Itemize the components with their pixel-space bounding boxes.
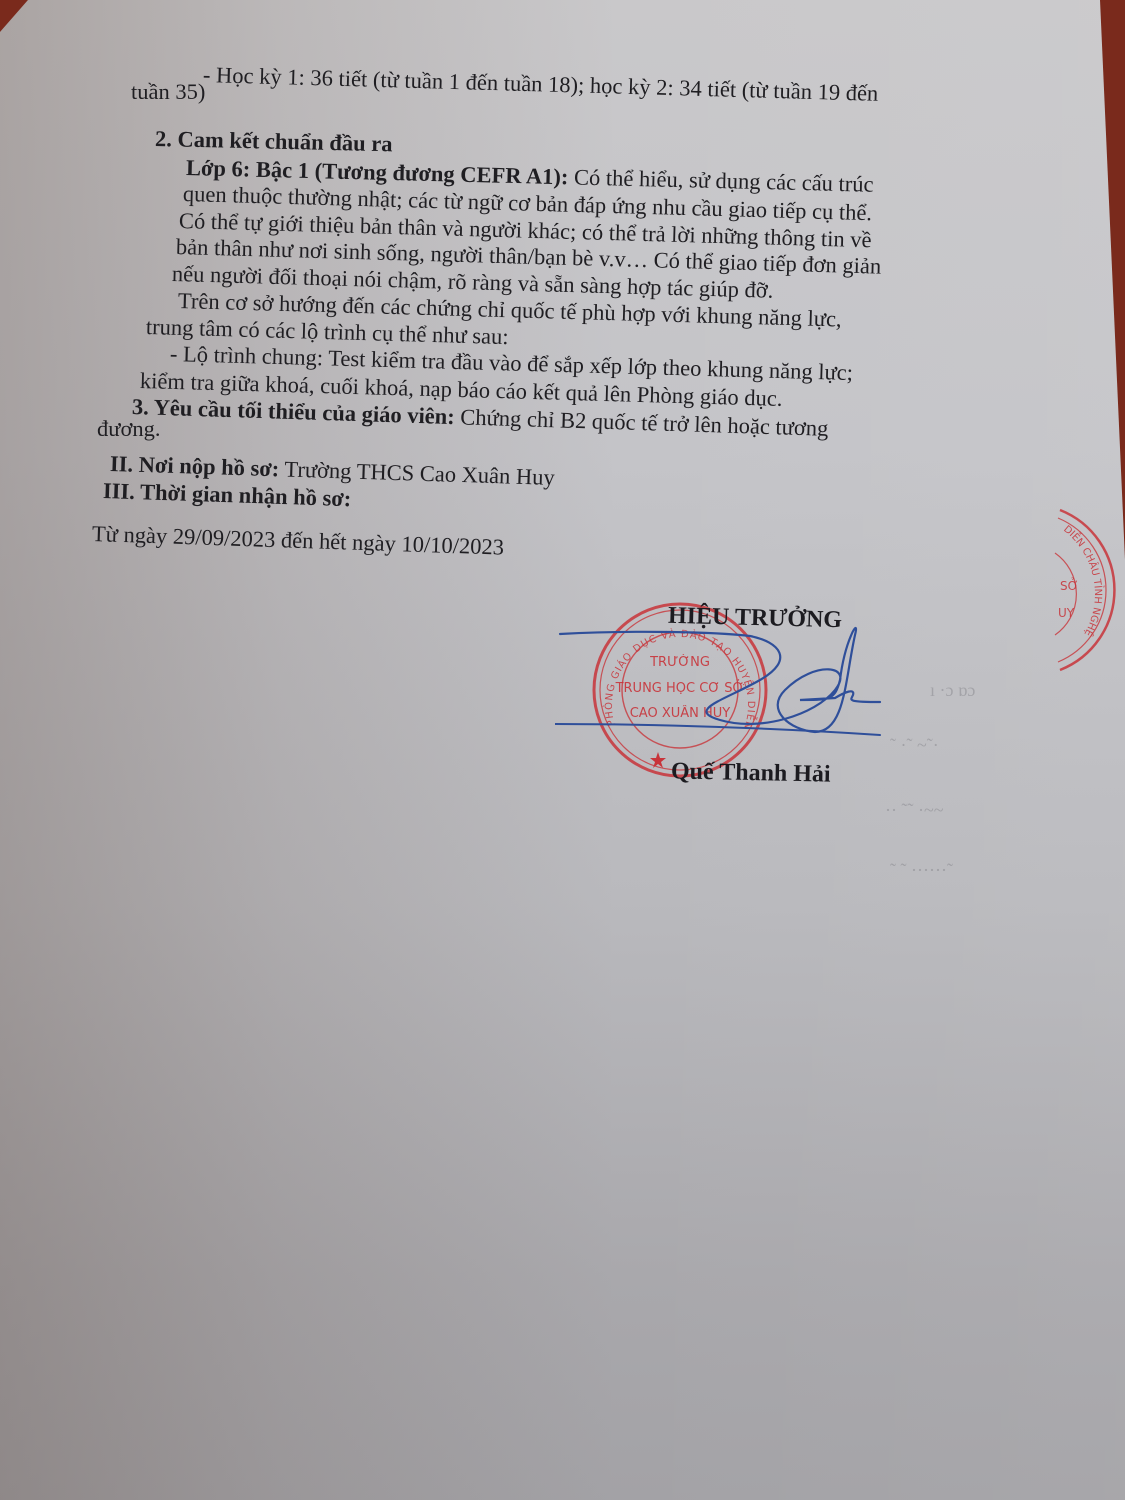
partial-stamp-inner: SỞ [1060, 577, 1079, 593]
bleed-through-text: ˜ ·˜ ~˜· [890, 735, 939, 756]
signatory-name: Quế Thanh Hải [671, 758, 831, 788]
partial-stamp: DIỄN CHÂU TỈNH NGHỆ SỞ UY [1030, 505, 1125, 675]
handwritten-signature [555, 620, 885, 750]
bleed-through-text: ı ·ɔ ɒɔ [930, 680, 975, 701]
section-heading-2: 2. Cam kết chuẩn đầu ra [155, 128, 393, 156]
bleed-through-text: ·· ˜˜ ·~~ [885, 800, 943, 821]
bleed-through-text: ˜ ˜ ······˜ [890, 860, 953, 881]
requirement-line-cont: đương. [97, 418, 160, 441]
semester-line-cont: tuần 35) [131, 81, 205, 104]
partial-stamp-inner: UY [1058, 606, 1075, 620]
section-heading-ii: II. Nơi nộp hồ sơ: [110, 451, 280, 481]
